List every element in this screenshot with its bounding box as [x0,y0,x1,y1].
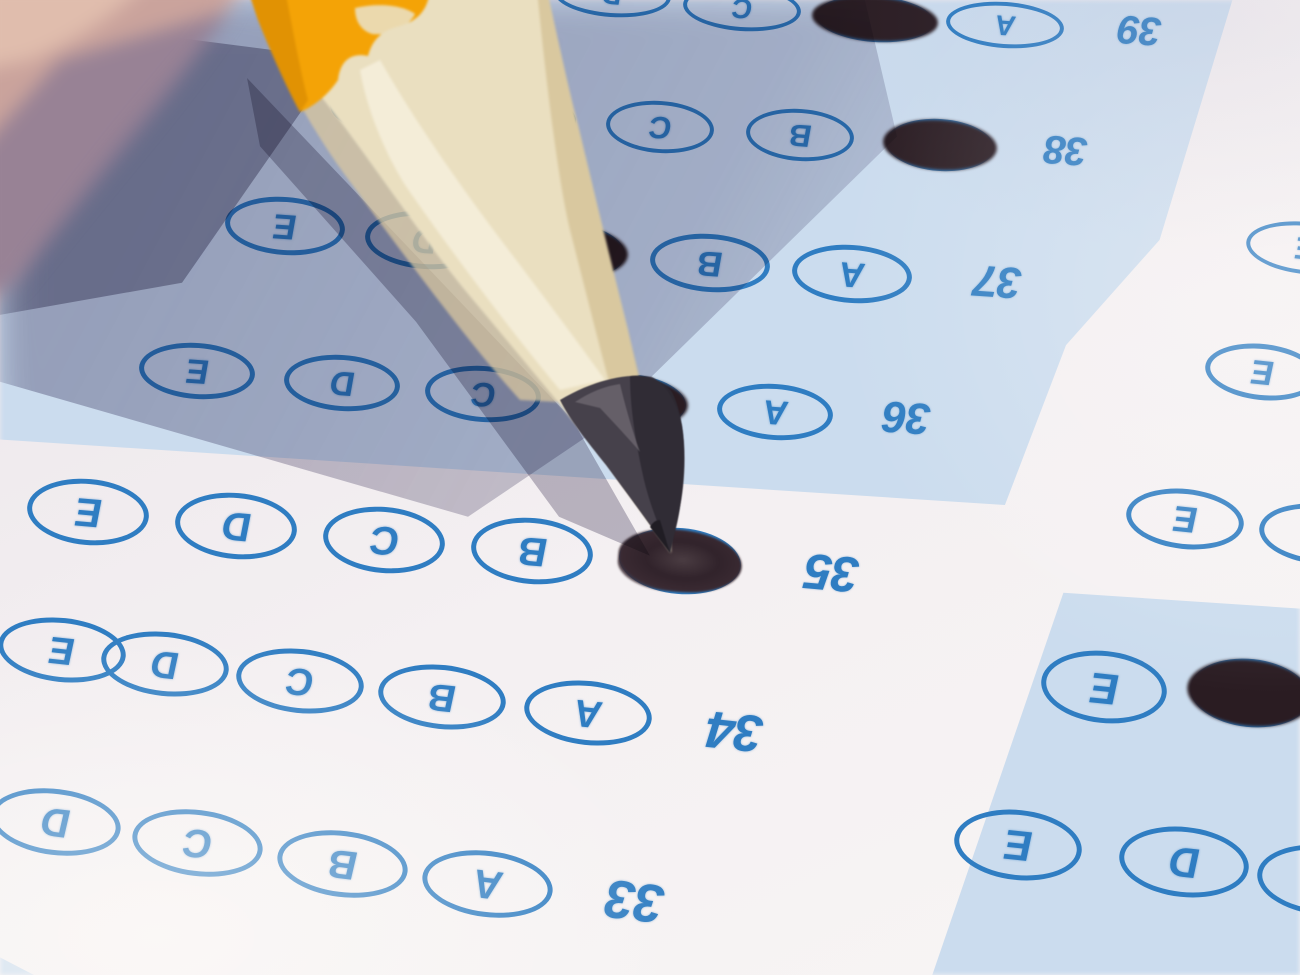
question-number-38: 38 [1043,129,1088,172]
bubble-35-B: B [468,513,595,589]
choice-letter: D [327,365,357,400]
choice-letter: E [1085,664,1123,709]
question-number-37: 37 [973,257,1023,304]
bubble-34-A: A [521,674,655,751]
choice-letter: D [147,644,182,684]
question-number-33: 33 [603,871,667,932]
bubble-34-C: C [233,642,367,719]
choice-letter: D [218,505,254,547]
choice-letter: D [599,0,624,9]
choice-letter: E [270,208,299,244]
choice-letter: E [71,491,105,533]
choice-letter: B [514,530,550,572]
choice-letter: D [36,801,74,844]
question-number-35: 35 [803,546,861,600]
bubble-side-D: D [1256,498,1300,570]
choice-letter: A [992,10,1017,39]
bubble-side-E: E [1123,483,1247,555]
bubble-35-C: C [320,502,447,578]
choice-letter: B [694,245,725,281]
choice-letter: C [178,822,216,865]
question-number-34: 34 [705,702,766,760]
choice-letter: E [45,630,78,670]
bubble-33-A: A [418,843,556,924]
bubble-33-B: B [273,823,411,904]
choice-letter: C [366,519,402,561]
choice-letter: A [836,256,867,292]
choice-letter: D [409,222,440,258]
choice-letter: A [570,693,605,733]
choice-letter: A [760,394,790,429]
bubble-33-D: D [0,781,124,862]
bubble-35-D: D [172,488,299,564]
choice-letter: B [786,119,814,151]
pencil-mark-in-progress [616,525,744,597]
choice-letter: E [1291,232,1300,265]
choice-letter: C [729,0,754,23]
choice-letter: C [282,661,317,701]
question-number-39: 39 [1117,9,1162,52]
choice-letter: B [424,677,459,717]
choice-letter: D [1165,840,1204,884]
choice-letter: D [508,102,536,134]
bubble-34-E: E [0,611,129,688]
answer-sheet-photo: ACDE39BCDE38ABDE37ACDE36BCDE35ABCDE34ABC… [0,0,1300,975]
bubble-34-B: B [375,658,509,735]
choice-letter: E [371,92,397,124]
question-number-36: 36 [882,393,932,440]
choice-letter: B [323,843,361,886]
choice-letter: A [468,863,506,906]
choice-letter: E [1000,823,1037,867]
bubble-side-E: E [1244,216,1300,280]
bubble-33-C: C [128,802,266,883]
choice-letter: C [468,376,498,411]
choice-letter: E [468,0,492,1]
choice-letter: E [1247,354,1277,390]
bubble-35-A-marking [616,523,743,599]
choice-letter: E [1169,500,1200,538]
bubble-side-E: E [1202,338,1300,406]
bubble-35-E: E [24,474,151,550]
choice-letter: C [646,111,674,143]
choice-letter: E [183,353,212,388]
